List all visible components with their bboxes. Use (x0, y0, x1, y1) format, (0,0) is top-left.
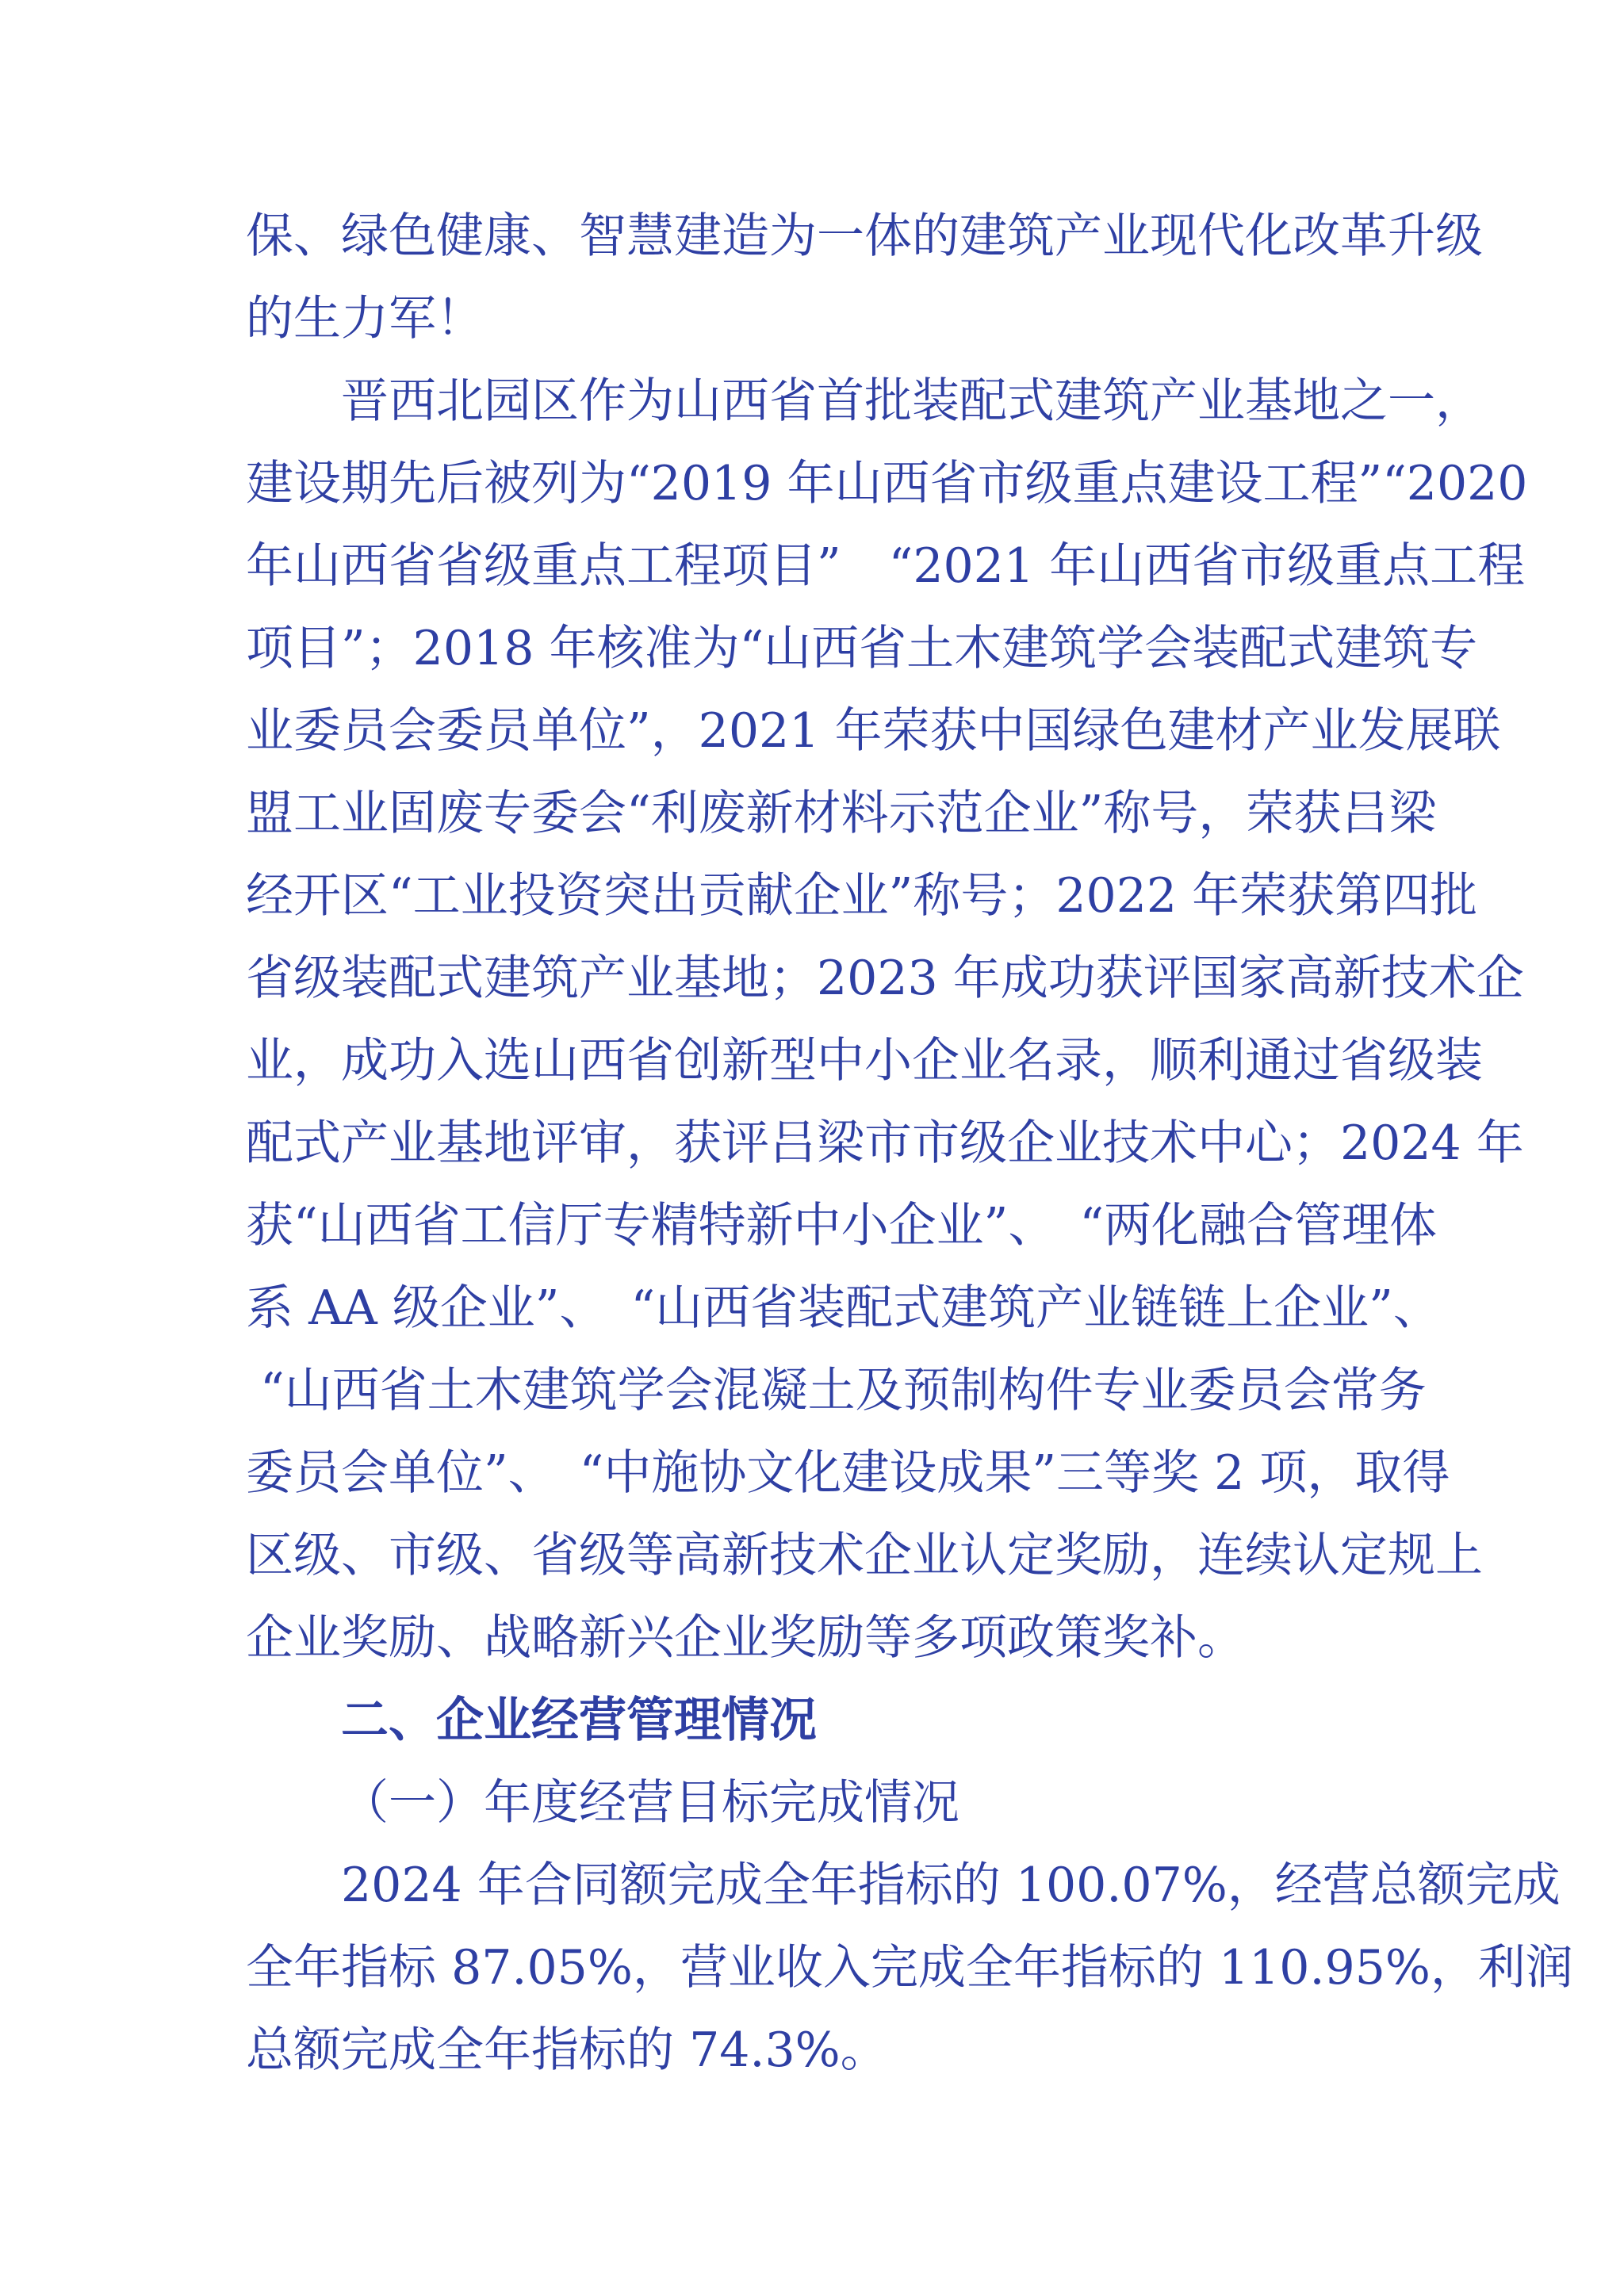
text-line: 的生力军！ (246, 277, 1388, 360)
text-line: 获“山西省工信厅专精特新中小企业”、 “两化融合管理体 (246, 1184, 1388, 1267)
text-line: 总额完成全年指标的 74.3%。 (246, 2009, 1388, 2091)
text-line: 年山西省省级重点工程项目” “2021 年山西省市级重点工程 (246, 525, 1388, 607)
text-line: 盟工业固废专委会“利废新材料示范企业”称号，荣获吕梁 (246, 772, 1388, 855)
text-line: 2024 年合同额完成全年指标的 100.07%，经营总额完成 (246, 1844, 1388, 1927)
text-line: “山西省土木建筑学会混凝土及预制构件专业委员会常务 (246, 1349, 1388, 1432)
document-body: 保、绿色健康、智慧建造为一体的建筑产业现代化改革升级的生力军！晋西北园区作为山西… (246, 195, 1388, 2091)
text-line: 委员会单位”、 “中施协文化建设成果”三等奖 2 项，取得 (246, 1432, 1388, 1514)
text-line: 经开区“工业投资突出贡献企业”称号；2022 年荣获第四批 (246, 855, 1388, 937)
subsection-heading: （一）年度经营目标完成情况 (246, 1762, 1388, 1844)
text-line: 配式产业基地评审，获评吕梁市市级企业技术中心；2024 年 (246, 1102, 1388, 1184)
text-line: 项目”；2018 年核准为“山西省土木建筑学会装配式建筑专 (246, 607, 1388, 690)
text-line: 业委员会委员单位”，2021 年荣获中国绿色建材产业发展联 (246, 690, 1388, 772)
text-line: 业，成功入选山西省创新型中小企业名录，顺利通过省级装 (246, 1020, 1388, 1102)
document-page: 保、绿色健康、智慧建造为一体的建筑产业现代化改革升级的生力军！晋西北园区作为山西… (0, 0, 1624, 2296)
text-line: 企业奖励、战略新兴企业奖励等多项政策奖补。 (246, 1597, 1388, 1679)
text-line: 晋西北园区作为山西省首批装配式建筑产业基地之一， (246, 360, 1388, 442)
text-line: 全年指标 87.05%，营业收入完成全年指标的 110.95%，利润 (246, 1927, 1388, 2009)
text-line: 区级、市级、省级等高新技术企业认定奖励，连续认定规上 (246, 1514, 1388, 1597)
text-line: 保、绿色健康、智慧建造为一体的建筑产业现代化改革升级 (246, 195, 1388, 277)
section-heading: 二、企业经营管理情况 (246, 1679, 1388, 1762)
text-line: 省级装配式建筑产业基地；2023 年成功获评国家高新技术企 (246, 937, 1388, 1020)
text-line: 系 AA 级企业”、 “山西省装配式建筑产业链链上企业”、 (246, 1267, 1388, 1349)
text-line: 建设期先后被列为“2019 年山西省市级重点建设工程”“2020 (246, 442, 1388, 525)
